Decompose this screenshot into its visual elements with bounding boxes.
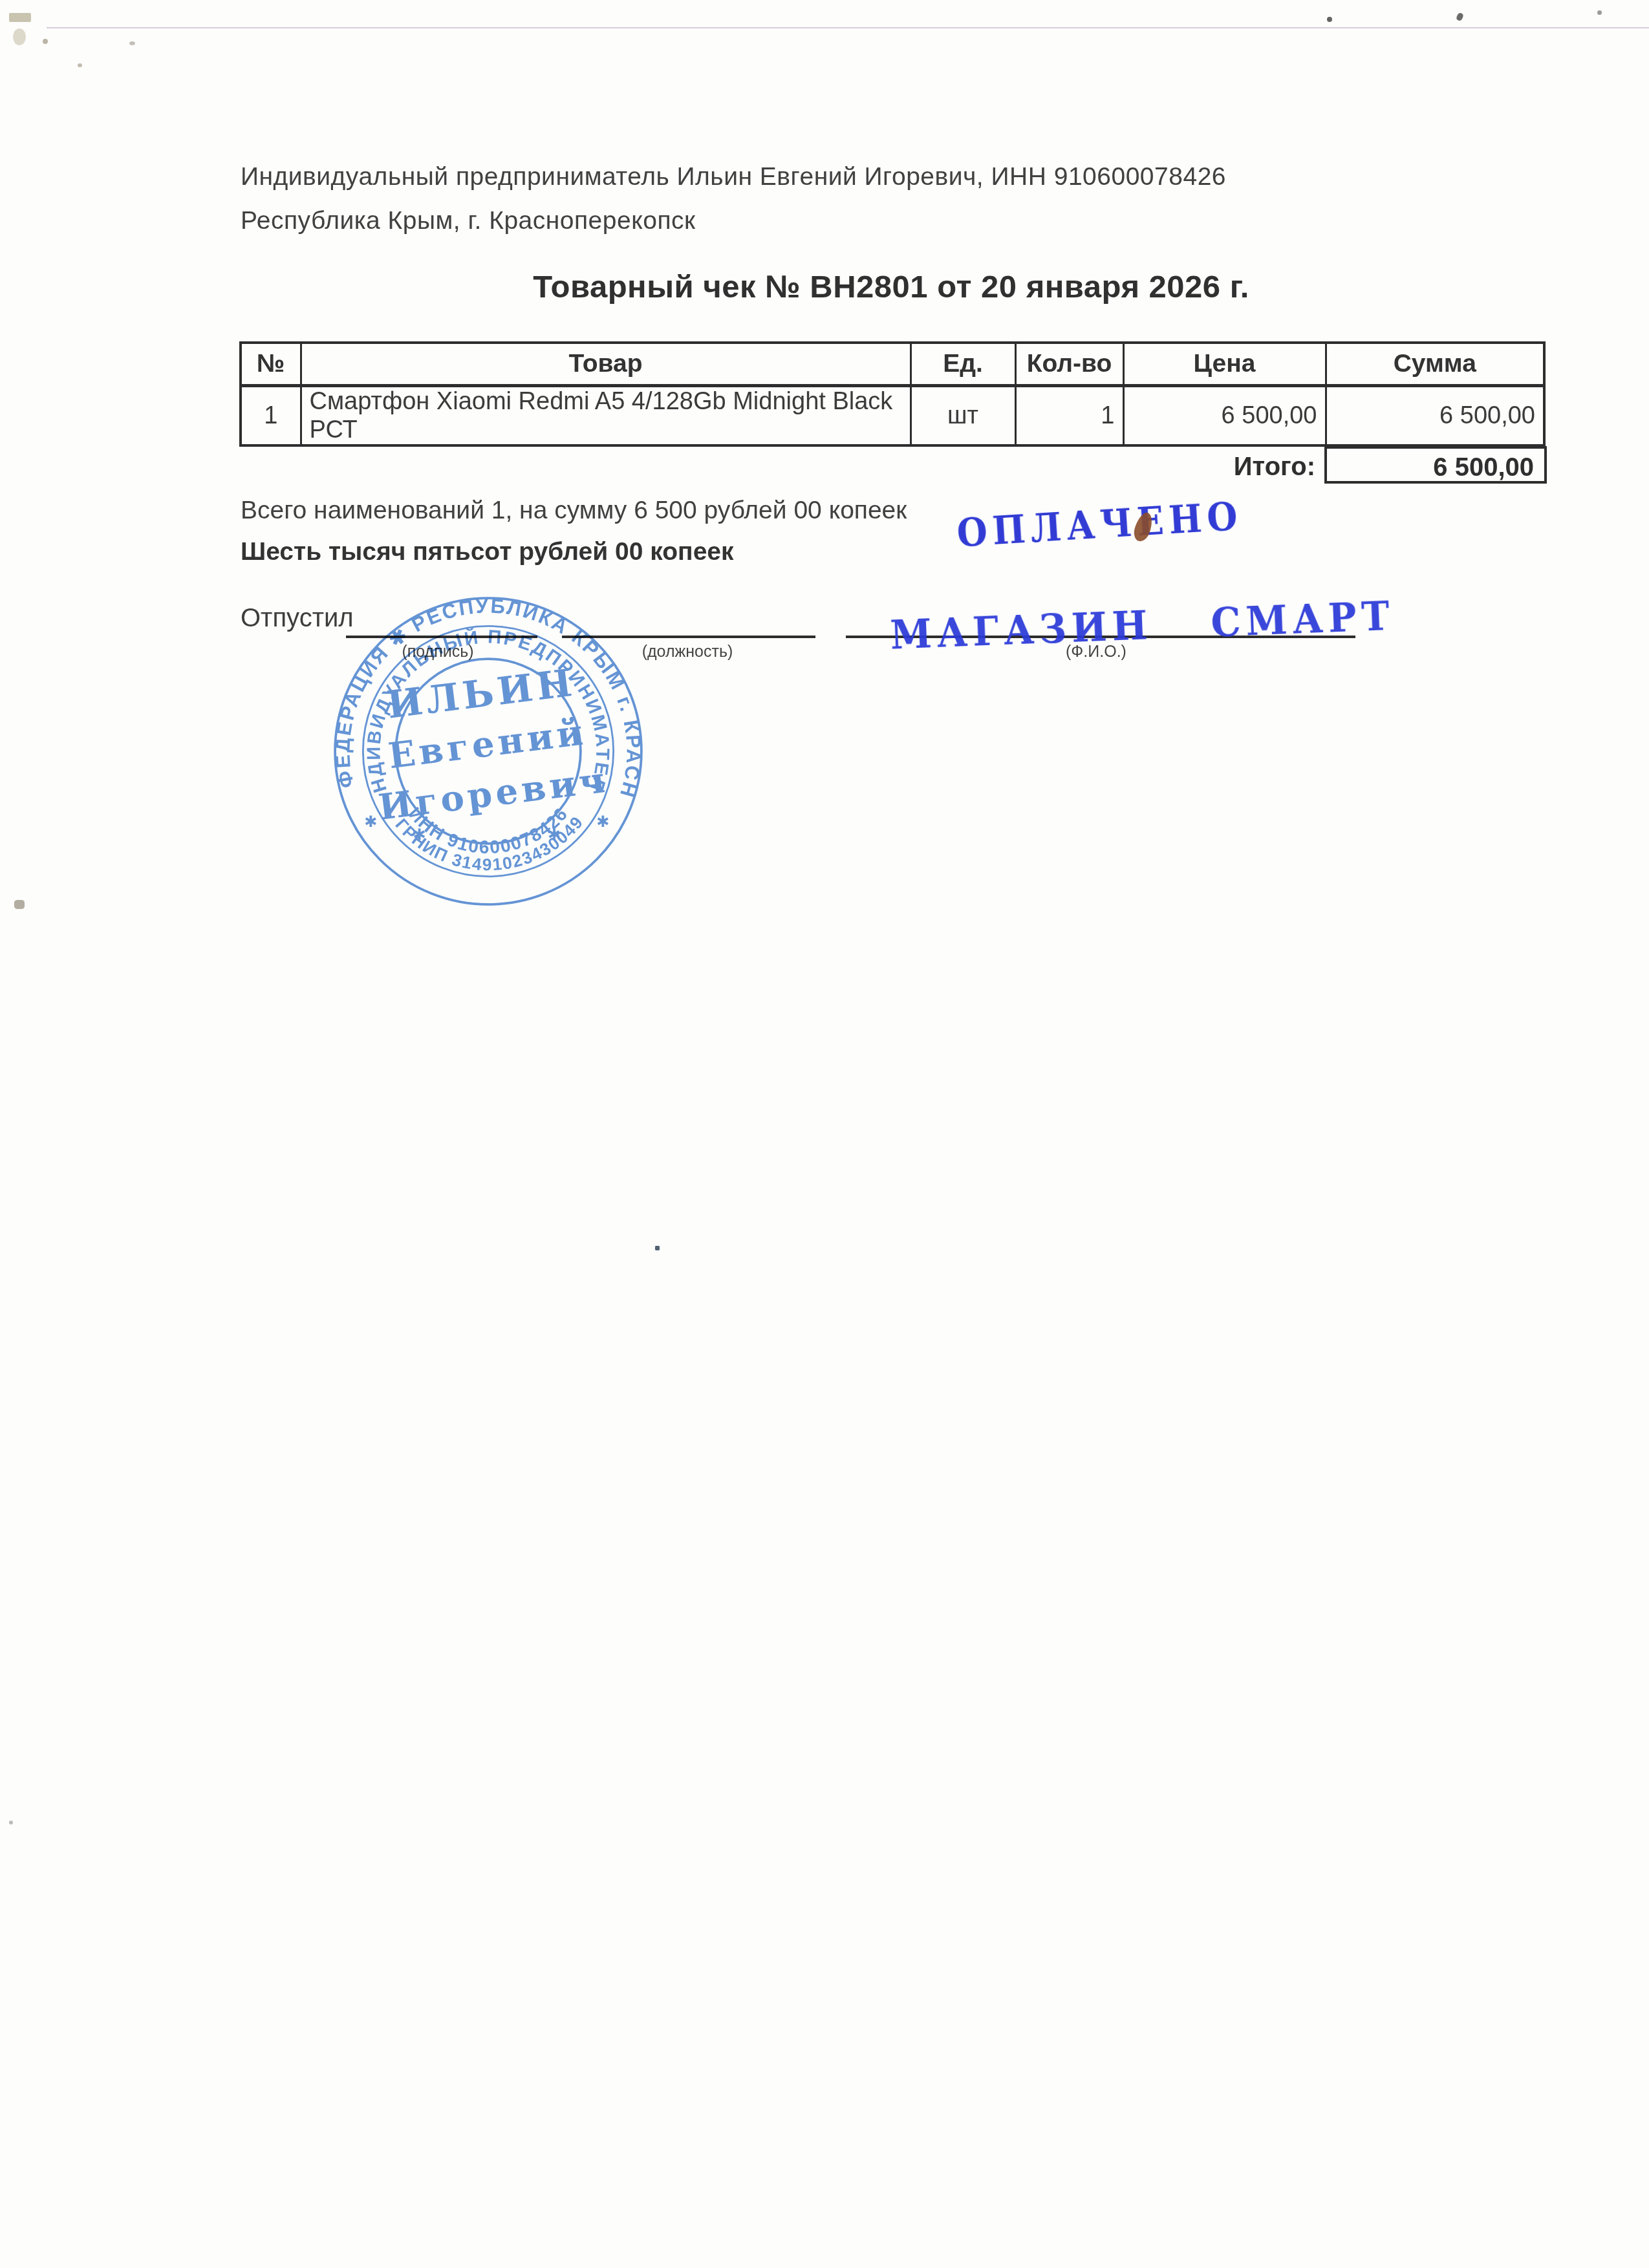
seal-name-block: ИЛЬИН Евгений Игоревич <box>363 658 610 828</box>
paid-stamp: ОПЛАЧЕНО <box>956 492 1244 556</box>
scan-artifact-line <box>47 27 1649 28</box>
seller-line-2: Республика Крым, г. Красноперекопск <box>241 199 1502 243</box>
col-header-price: Цена <box>1123 343 1326 386</box>
seller-line-1: Индивидуальный предприниматель Ильин Евг… <box>241 155 1502 199</box>
seller-info: Индивидуальный предприниматель Ильин Евг… <box>241 155 1502 243</box>
cell-unit: шт <box>911 386 1015 446</box>
items-table: № Товар Ед. Кол-во Цена Сумма 1 Смартфон… <box>239 341 1546 447</box>
scan-speck <box>655 1246 660 1250</box>
seal-ornament-icon: ✱ <box>364 813 377 831</box>
cell-qty: 1 <box>1015 386 1123 446</box>
scan-speck <box>78 63 82 67</box>
col-header-unit: Ед. <box>911 343 1015 386</box>
col-header-num: № <box>241 343 301 386</box>
shop-stamp-word2: СМАРТ <box>1210 593 1396 646</box>
entrepreneur-round-seal: РОССИЙСКАЯ ФЕДЕРАЦИЯ ✱ РЕСПУБЛИКА КРЫМ г… <box>306 569 671 934</box>
scan-speck <box>1456 12 1464 22</box>
scan-speck <box>9 1821 13 1824</box>
cell-price: 6 500,00 <box>1123 386 1326 446</box>
items-count-line: Всего наименований 1, на сумму 6 500 руб… <box>241 497 907 525</box>
col-header-sum: Сумма <box>1326 343 1544 386</box>
table-header-row: № Товар Ед. Кол-во Цена Сумма <box>241 343 1544 386</box>
cell-num: 1 <box>241 386 301 446</box>
col-header-product: Товар <box>301 343 911 386</box>
scan-speck <box>43 39 48 44</box>
total-value: 6 500,00 <box>1324 446 1547 484</box>
cell-product: Смартфон Xiaomi Redmi A5 4/128Gb Midnigh… <box>301 386 911 446</box>
cell-sum: 6 500,00 <box>1326 386 1544 446</box>
amount-in-words: Шесть тысяч пятьсот рублей 00 копеек <box>241 538 734 566</box>
scan-speck <box>129 41 135 45</box>
page-title: Товарный чек № ВН2801 от 20 января 2026 … <box>239 269 1543 305</box>
scan-speck <box>1597 10 1602 15</box>
items-table-wrapper: № Товар Ед. Кол-во Цена Сумма 1 Смартфон… <box>239 341 1543 447</box>
table-row: 1 Смартфон Xiaomi Redmi A5 4/128Gb Midni… <box>241 386 1544 446</box>
seal-ornament-icon: ✱ <box>548 826 561 844</box>
seal-ornament-icon: ✱ <box>596 813 609 831</box>
receipt-page: Индивидуальный предприниматель Ильин Евг… <box>0 0 1649 2268</box>
col-header-qty: Кол-во <box>1015 343 1123 386</box>
scan-speck <box>9 13 31 22</box>
total-label: Итого: <box>239 447 1324 486</box>
scan-speck <box>14 900 25 909</box>
scan-speck <box>13 28 26 45</box>
scan-speck <box>1327 17 1332 22</box>
seal-ornament-icon: ✱ <box>413 826 426 844</box>
